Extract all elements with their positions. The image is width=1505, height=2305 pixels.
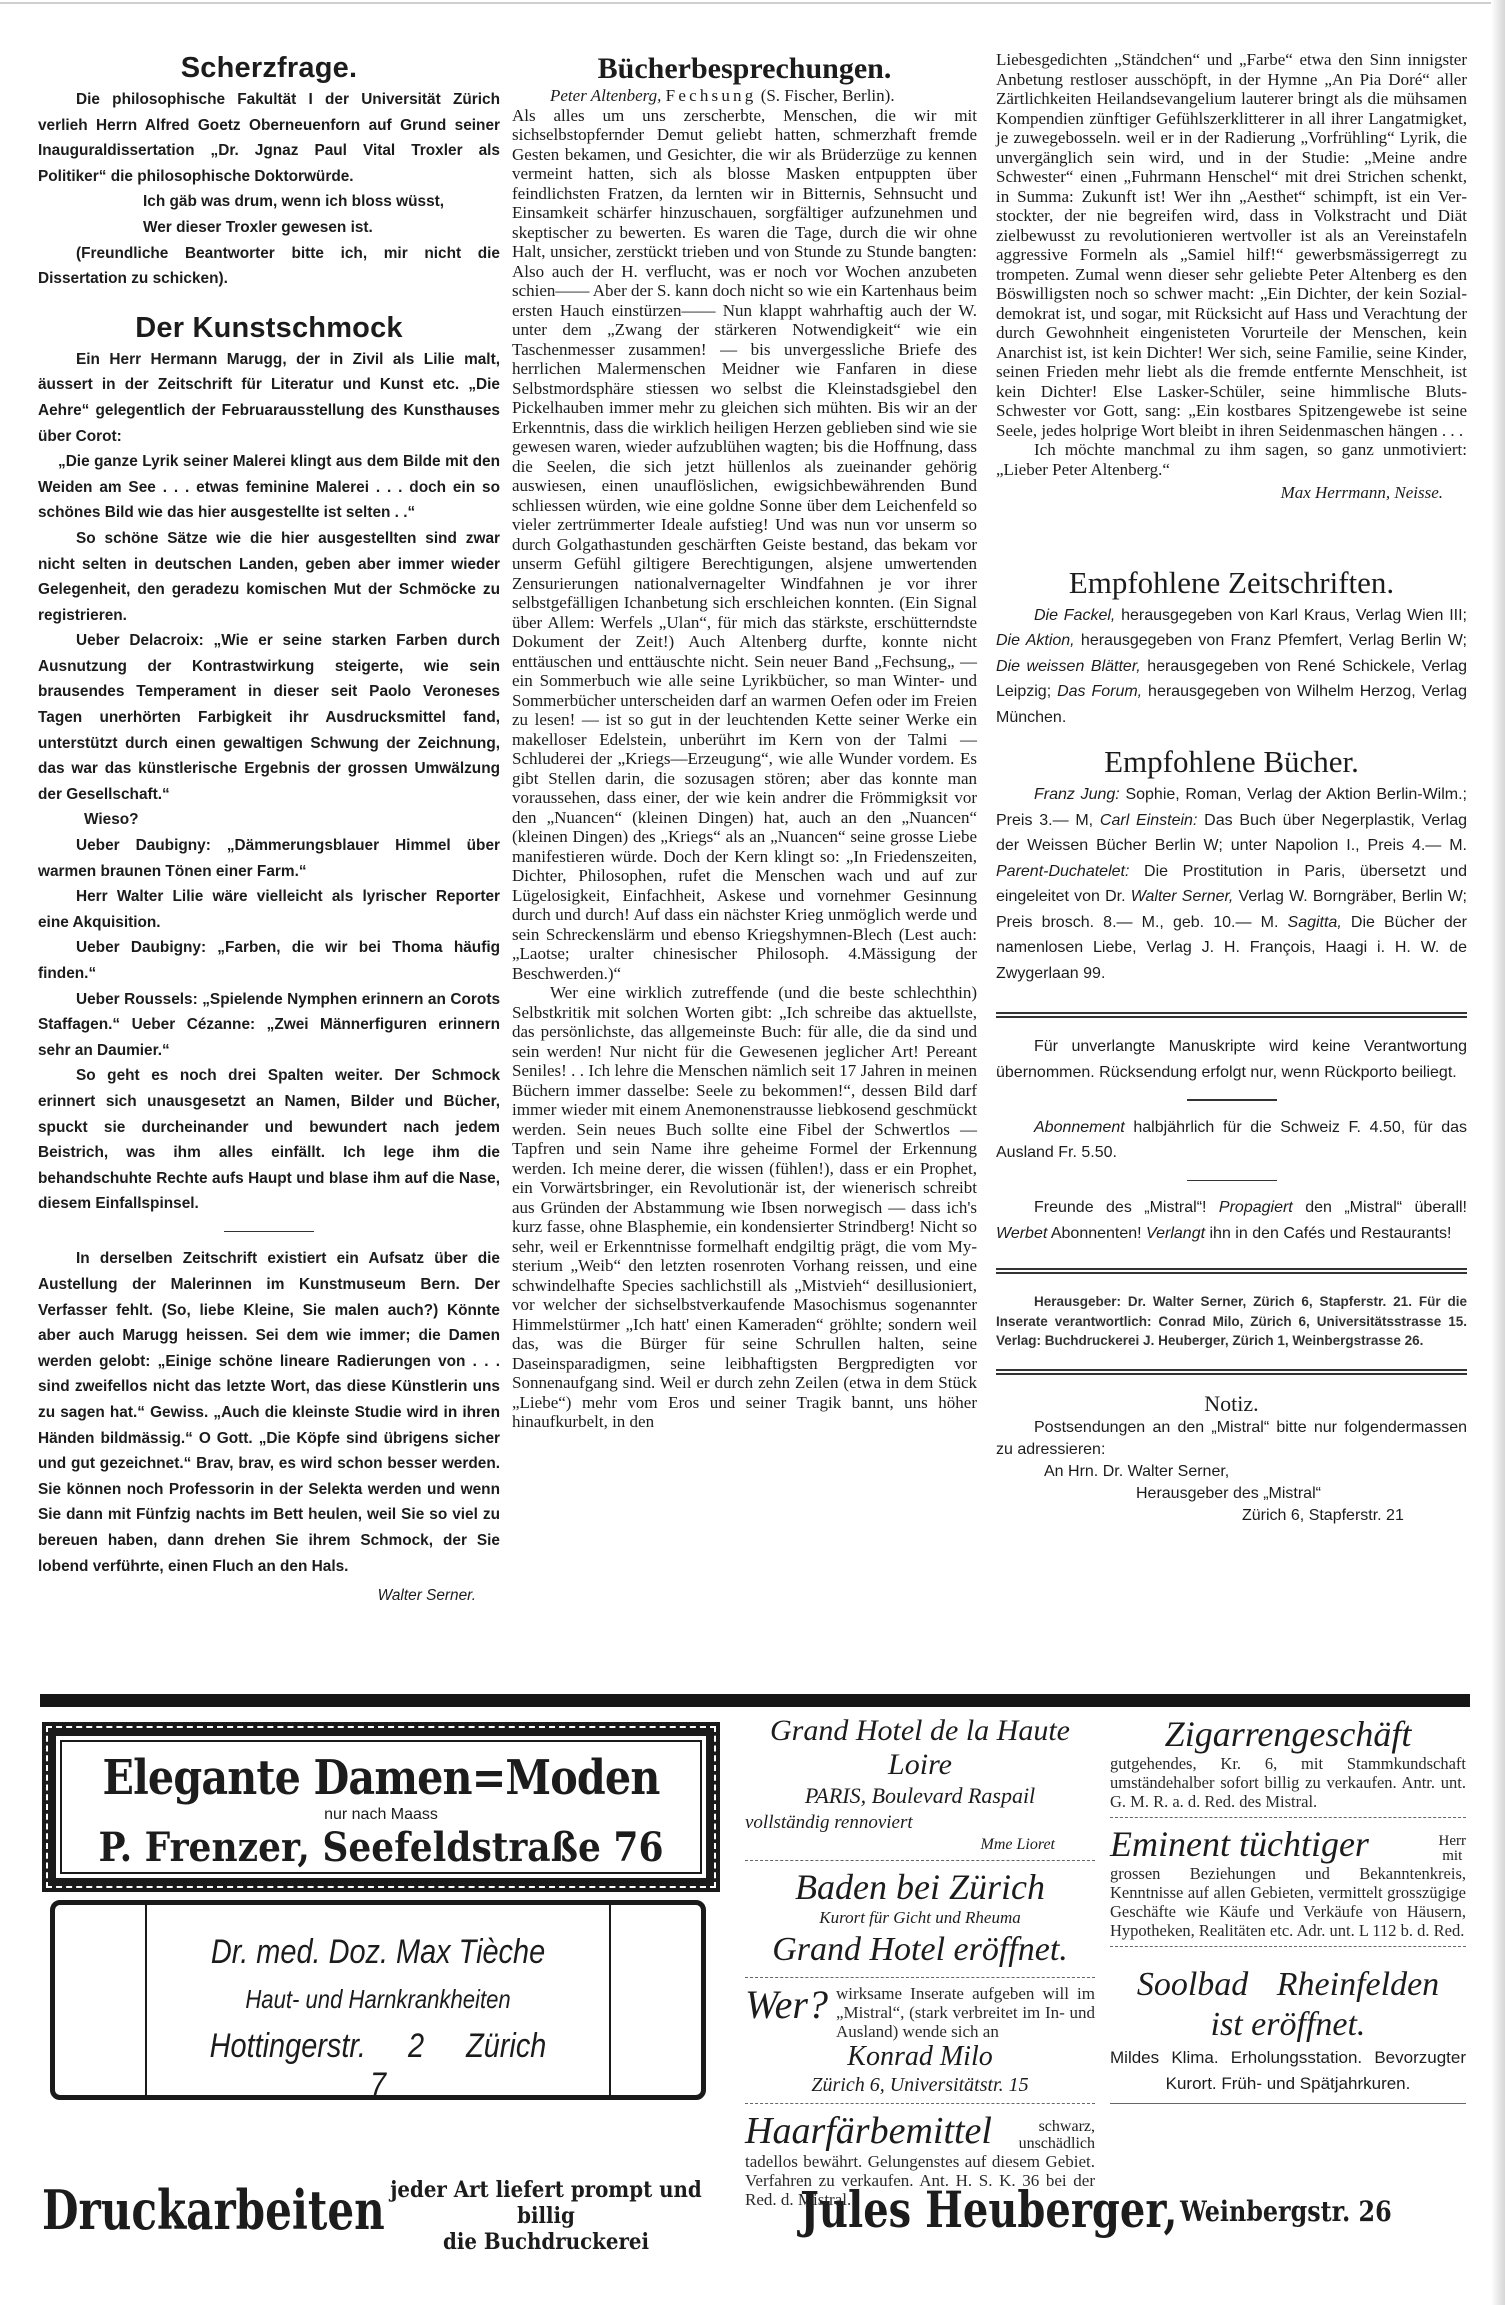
author-signature: Walter Serner. <box>38 1583 500 1609</box>
text: Abonnenten! <box>1047 1225 1146 1242</box>
ad-bigword: Haarfärbemittel <box>745 2110 992 2152</box>
ad-printer-address: Weinbergstr. 26 <box>1180 2187 1392 2237</box>
ad-subline: PARIS, Boulevard Raspail <box>745 1782 1095 1810</box>
ad-text: gutgehendes, Kr. 6, mit Stammkundschaft … <box>1110 1754 1466 1811</box>
ad-side-text: Herr <box>1439 1833 1466 1849</box>
emphasis: Propagiert <box>1219 1199 1293 1216</box>
page-gutter-shadow <box>1491 0 1505 2305</box>
review-heading: Peter Altenberg, Fechsung (S. Fischer, B… <box>512 86 977 106</box>
reviewed-book: Fechsung <box>666 86 757 105</box>
ad-bigword: Eminent tüchtiger <box>1110 1824 1369 1864</box>
ad-headline: Druckarbeiten <box>42 2175 385 2245</box>
ad-headline: ist eröffnet. <box>1110 2005 1466 2045</box>
ads-top-rule <box>40 1694 1470 1707</box>
ad-owner: Mme Lioret <box>745 1836 1095 1854</box>
ad-bigword: Wer? <box>745 1984 828 2026</box>
ad-zigarren: Zigarrengeschäft gutgehendes, Kr. 6, mit… <box>1110 1714 1466 1811</box>
divider <box>745 1977 1095 1978</box>
friends-appeal: Freunde des „Mistral“! Propagiert den „M… <box>996 1195 1467 1246</box>
paragraph: So schöne Sätze wie die hier ausgestellt… <box>38 526 500 628</box>
section-buecher: Empfohlene Bücher. Franz Jung: Sophie, R… <box>996 744 1467 986</box>
paragraph: Ueber Daubigny: „Dämmerungsblauer Himmel… <box>38 833 500 884</box>
manuscripts-notice: Für unverlangte Manuskripte wird keine V… <box>996 1034 1467 1085</box>
ad-printer-name: Jules Heuberger, <box>800 2175 1177 2245</box>
paragraph: Als alles um uns zerscherbte, Menschen, … <box>512 106 977 984</box>
article-buecherbesprechungen: Bücherbesprechungen. Peter Altenberg, Fe… <box>512 52 977 1432</box>
article-title: Der Kunstschmock <box>38 312 500 345</box>
ad-headline: Elegante Damen=Moden <box>102 1750 661 1806</box>
subscription-notice: Abonnement halbjährlich für die Schweiz … <box>996 1115 1467 1166</box>
ads-right-column: Zigarrengeschäft gutgehendes, Kr. 6, mit… <box>1110 1714 1466 2110</box>
book-author: Parent-Duchatelet: <box>996 863 1129 880</box>
address-line: Zürich 6, Stapferstr. 21 <box>996 1505 1467 1527</box>
paragraph: Ueber Delacroix: „Wie er seine starken F… <box>38 628 500 807</box>
divider <box>745 1860 1095 1861</box>
paragraph: Franz Jung: Sophie, Roman, Verlag der Ak… <box>996 782 1467 986</box>
ad-subline: nur nach Maass <box>56 1806 706 1824</box>
address-line: An Hrn. Dr. Walter Serner, <box>996 1461 1467 1483</box>
label: Abonnement <box>1034 1119 1125 1136</box>
address-line: Herausgeber des „Mistral“ <box>996 1483 1467 1505</box>
paragraph: Wer eine wirklich zutreffende (und die b… <box>512 983 977 1432</box>
emphasis: Verlangt <box>1146 1225 1205 1242</box>
journal-name: Die Fackel, <box>1034 607 1115 624</box>
ad-text: Mildes Klima. Erholungsstation. Be­vorzu… <box>1110 2045 1466 2097</box>
ads-middle-column: Grand Hotel de la Haute Loire PARIS, Bou… <box>745 1714 1095 2209</box>
paragraph: Ein Herr Hermann Marugg, der in Zivil al… <box>38 347 500 449</box>
book-author: Sagitta, <box>1288 914 1342 931</box>
section-divider <box>1187 1099 1277 1101</box>
page-top-edge <box>0 2 1505 4</box>
ad-hotel-loire: Grand Hotel de la Haute Loire PARIS, Bou… <box>745 1714 1095 1854</box>
section-notiz: Notiz. Postsendungen an den „Mistral“ bi… <box>996 1391 1467 1527</box>
paragraph: In derselben Zeitschrift existiert ein A… <box>38 1246 500 1579</box>
ad-dr-tieche: Dr. med. Doz. Max Tièche Haut- und Harnk… <box>50 1900 706 2100</box>
middle-column: Bücherbesprechungen. Peter Altenberg, Fe… <box>512 52 977 1432</box>
paragraph: „Die ganze Lyrik seiner Malerei klingt a… <box>38 449 500 526</box>
section-title: Notiz. <box>996 1391 1467 1417</box>
ad-headline: Grand Hotel de la Haute Loire <box>745 1714 1095 1782</box>
right-column: Liebesgedichten „Ständchen“ und „Farbe“ … <box>996 50 1467 1527</box>
ad-contact-address: Zürich 6, Universitätstr. 15 <box>745 2073 1095 2097</box>
paragraph: (Freundliche Beantworter bitte ich, mir … <box>38 241 500 292</box>
impressum: Herausgeber: Dr. Walter Serner, Zürich 6… <box>996 1292 1467 1351</box>
article-title: Bücherbesprechungen. <box>512 52 977 86</box>
book-author: Walter Serner, <box>1131 888 1234 905</box>
divider <box>745 2103 1095 2104</box>
article-scherzfrage: Scherzfrage. Die philosophische Fakultät… <box>38 52 500 292</box>
paragraph: Postsendungen an den „Mistral“ bitte nur… <box>996 1417 1467 1461</box>
ad-eminent: Eminent tüchtiger Herr mit grossen Bezie… <box>1110 1824 1466 1940</box>
text: herausgegeben von Franz Pfemfert, Verlag… <box>1075 632 1467 649</box>
ad-druckarbeiten: Druckarbeiten jeder Art liefert prompt u… <box>30 2175 1460 2255</box>
ad-frenzer-damenmoden: Elegante Damen=Moden nur nach Maass P. F… <box>42 1722 720 1892</box>
text: den „Mistral“ überall! <box>1293 1199 1467 1216</box>
article-kunstschmock: Der Kunstschmock Ein Herr Hermann Marugg… <box>38 312 500 1609</box>
double-rule <box>996 1012 1467 1018</box>
text: ihn in den Cafés und Restaurants! <box>1205 1225 1451 1242</box>
reviewed-publisher: (S. Fischer, Berlin). <box>761 86 895 105</box>
paragraph: Die Fackel, herausgegeben von Karl Kraus… <box>996 603 1467 731</box>
ad-note: vollständig rennoviert <box>745 1810 1095 1836</box>
ad-subline-1: jeder Art liefert prompt und billig <box>375 2177 717 2229</box>
text: Freunde des „Mistral“! <box>1034 1199 1219 1216</box>
journal-name: Die Aktion, <box>996 632 1075 649</box>
left-column: Scherzfrage. Die philosophische Fakultät… <box>38 52 500 1609</box>
emphasis: Werbet <box>996 1225 1047 1242</box>
section-title: Empfohlene Zeitschriften. <box>996 565 1467 601</box>
divider <box>1110 2103 1466 2104</box>
ad-text: grossen Beziehungen und Bekanntenkreis, … <box>1110 1864 1466 1940</box>
ad-wer-inserate: Wer? wirksame Inserate aufgeben will im … <box>745 1984 1095 2097</box>
ad-subline: Kurort für Gicht und Rheuma <box>745 1907 1095 1929</box>
paragraph: Die philosophische Fakultät I der Univer… <box>38 87 500 189</box>
ad-headline: Dr. med. Doz. Max Tièche <box>182 1933 575 1972</box>
double-rule <box>996 1369 1467 1375</box>
ad-subline: jeder Art liefert prompt und billig die … <box>375 2177 717 2255</box>
ad-headline: Baden bei Zürich <box>745 1867 1095 1907</box>
ad-side-text: unschädlich <box>1019 2135 1095 2152</box>
ad-subline-2: die Buchdruckerei <box>375 2229 717 2255</box>
verse-line: Ich gäb was drum, wenn ich bloss wüsst, <box>38 189 500 215</box>
paragraph: Wieso? <box>38 807 500 833</box>
ad-soolbad: Soolbad Rheinfelden ist eröffnet. Mildes… <box>1110 1965 1466 2097</box>
ad-baden: Baden bei Zürich Kurort für Gicht und Rh… <box>745 1867 1095 1971</box>
ad-address: P. Frenzer, Seefeldstraße 76 <box>89 1824 674 1872</box>
ad-subline: Haut- und Harnkrankheiten <box>182 1984 575 2015</box>
section-divider <box>224 1231 314 1233</box>
article-title: Scherzfrage. <box>38 52 500 85</box>
ad-headline: Soolbad Rheinfelden <box>1110 1965 1466 2005</box>
paragraph: Ueber Daubigny: „Farben, die wir bei Tho… <box>38 935 500 986</box>
paragraph: Liebesgedichten „Ständchen“ und „Farbe“ … <box>996 50 1467 440</box>
section-zeitschriften: Empfohlene Zeitschriften. Die Fackel, he… <box>996 565 1467 731</box>
ad-line: Grand Hotel eröffnet. <box>745 1929 1095 1971</box>
paragraph: So geht es noch drei Spalten weiter. Der… <box>38 1063 500 1217</box>
book-author: Carl Einstein: <box>1100 812 1197 829</box>
ad-contact-name: Konrad Milo <box>745 2041 1095 2073</box>
divider <box>1110 1946 1466 1947</box>
journal-name: Das Forum, <box>1057 683 1142 700</box>
divider <box>1110 1817 1466 1818</box>
journal-name: Die weissen Blätter, <box>996 658 1141 675</box>
ad-side-text: mit <box>1442 1848 1462 1864</box>
section-divider <box>1187 1180 1277 1182</box>
author-signature: Max Herrmann, Neisse. <box>996 483 1467 503</box>
ad-side-text: schwarz, <box>1039 2118 1095 2135</box>
paragraph: Ich möchte manchmal zu ihm sagen, so gan… <box>996 440 1467 479</box>
reviewed-author: Peter Altenberg, <box>550 86 661 105</box>
verse-line: Wer dieser Troxler gewesen ist. <box>38 215 500 241</box>
book-author: Franz Jung: <box>1034 786 1120 803</box>
paragraph: Herr Walter Lilie wäre vielleicht als ly… <box>38 884 500 935</box>
ad-address: Hottingerstr. 2 Zürich 7 <box>182 2027 575 2105</box>
ad-headline: Zigarrengeschäft <box>1110 1714 1466 1754</box>
section-title: Empfohlene Bücher. <box>996 744 1467 780</box>
double-rule <box>996 1268 1467 1274</box>
paragraph: Ueber Roussels: „Spielende Nymphen erinn… <box>38 987 500 1064</box>
text: herausgegeben von Karl Kraus, Verlag Wie… <box>1115 607 1467 624</box>
